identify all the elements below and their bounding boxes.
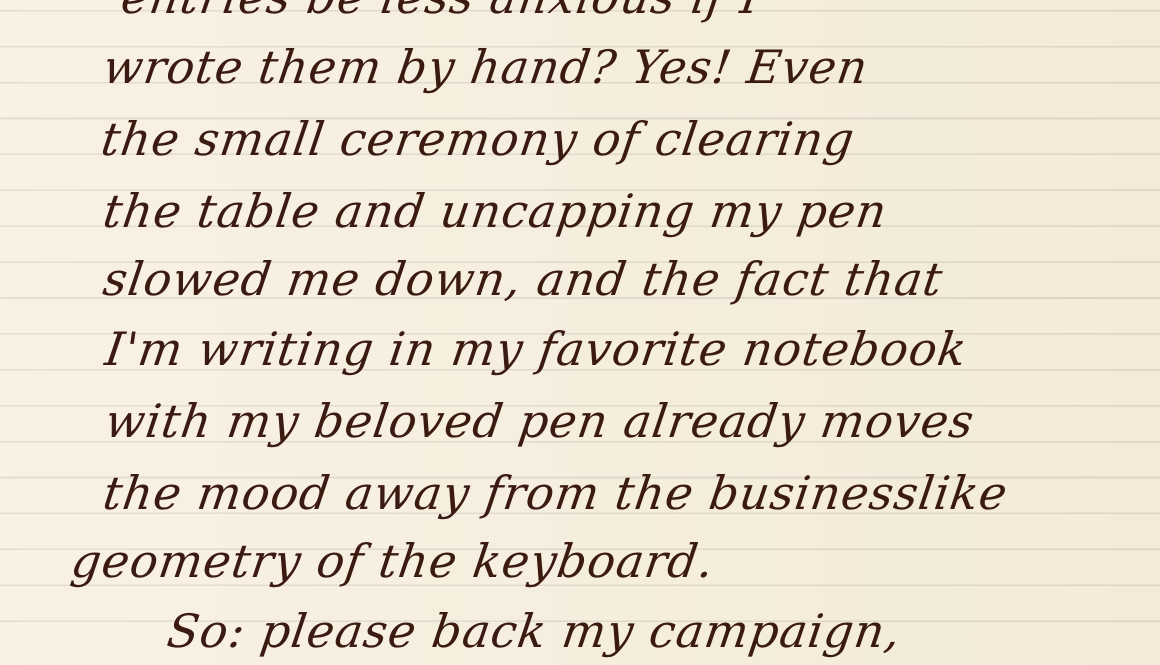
handwritten-line: with my beloved pen already moves <box>102 394 978 448</box>
handwritten-line: the small ceremony of clearing <box>98 112 858 166</box>
handwritten-line: geometry of the keyboard. <box>68 534 718 588</box>
handwritten-line: the table and uncapping my pen <box>100 184 891 238</box>
handwritten-line: So: please back my campaign, <box>164 604 905 658</box>
handwritten-line: slowed me down, and the fact that <box>100 252 947 306</box>
handwritten-line: wrote them by hand? Yes! Even <box>100 40 872 94</box>
notebook-page: entries be less anxious if I wrote them … <box>0 0 1160 665</box>
handwritten-line: entries be less anxious if I <box>118 0 764 24</box>
handwritten-line: I'm writing in my favorite notebook <box>102 322 971 376</box>
handwritten-line: the mood away from the businesslike <box>100 466 1011 520</box>
